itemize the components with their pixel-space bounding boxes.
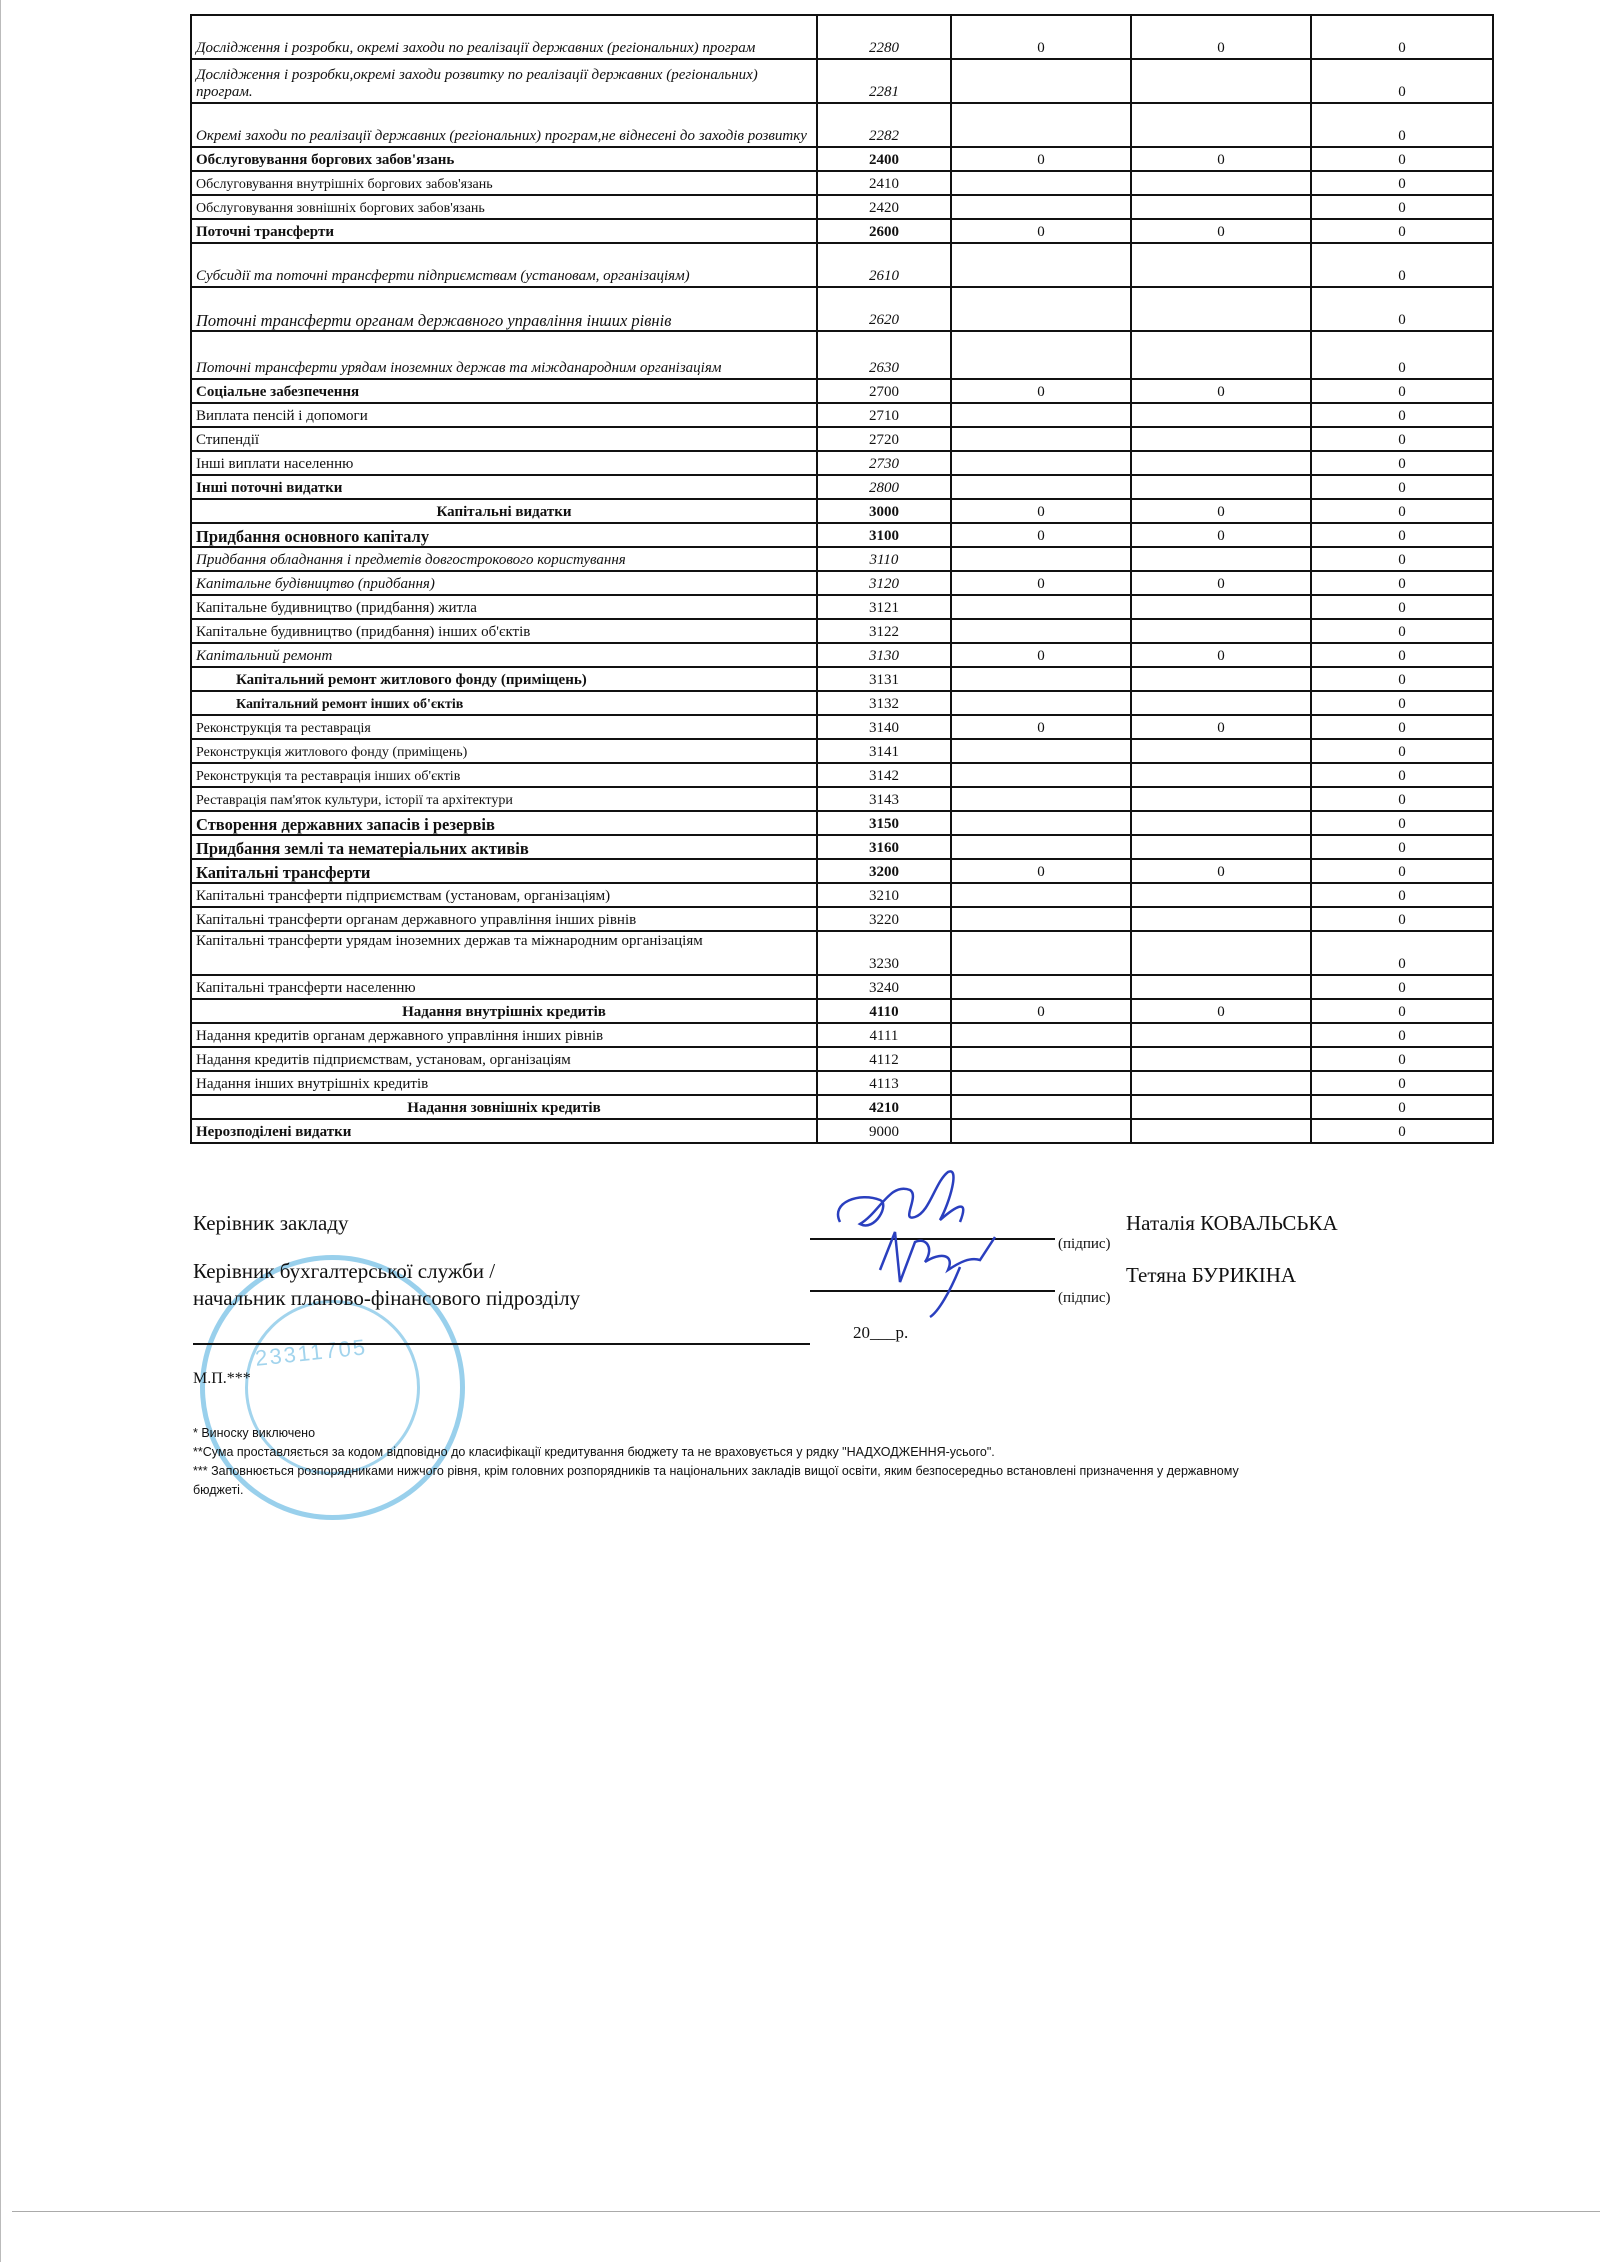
row-value-1: 0 bbox=[951, 15, 1131, 59]
table-row: Інші виплати населенню27300 bbox=[191, 451, 1493, 475]
accountant-label-line2: начальник планово-фінансового підрозділу bbox=[193, 1285, 580, 1311]
date-field: 20___р. bbox=[853, 1323, 908, 1343]
row-value-1 bbox=[951, 331, 1131, 379]
row-value-1 bbox=[951, 451, 1131, 475]
row-code: 2730 bbox=[817, 451, 951, 475]
row-code: 3141 bbox=[817, 739, 951, 763]
row-value-3: 0 bbox=[1311, 547, 1493, 571]
row-code: 3230 bbox=[817, 931, 951, 975]
table-row: Капітальні трансферти органам державного… bbox=[191, 907, 1493, 931]
row-code: 2610 bbox=[817, 243, 951, 287]
row-value-2 bbox=[1131, 835, 1311, 859]
row-value-1 bbox=[951, 171, 1131, 195]
table-row: Дослідження і розробки,окремі заходи роз… bbox=[191, 59, 1493, 103]
row-code: 2710 bbox=[817, 403, 951, 427]
row-value-2 bbox=[1131, 475, 1311, 499]
row-value-2 bbox=[1131, 787, 1311, 811]
table-row: Капітальні трансферти урядам іноземних д… bbox=[191, 931, 1493, 975]
row-name: Капітальний ремонт інших об'єктів bbox=[191, 691, 817, 715]
row-value-3: 0 bbox=[1311, 619, 1493, 643]
row-name: Обслуговування внутрішніх боргових забов… bbox=[191, 171, 817, 195]
stamp-center-text: 23311705 bbox=[254, 1334, 368, 1372]
row-value-3: 0 bbox=[1311, 475, 1493, 499]
row-name: Обслуговування зовнішніх боргових забов'… bbox=[191, 195, 817, 219]
footnote-2: **Сума проставляється за кодом відповідн… bbox=[193, 1443, 1493, 1462]
row-code: 3122 bbox=[817, 619, 951, 643]
row-name: Капітальне будивництво (придбання) житла bbox=[191, 595, 817, 619]
row-name: Виплата пенсій і допомоги bbox=[191, 403, 817, 427]
row-value-3: 0 bbox=[1311, 171, 1493, 195]
row-name: Капітальні трансферти підприємствам (уст… bbox=[191, 883, 817, 907]
row-name: Реконструкція та реставрація bbox=[191, 715, 817, 739]
row-code: 2282 bbox=[817, 103, 951, 147]
row-code: 3100 bbox=[817, 523, 951, 547]
row-value-3: 0 bbox=[1311, 1095, 1493, 1119]
table-row: Реконструкція та реставрація3140000 bbox=[191, 715, 1493, 739]
row-code: 3143 bbox=[817, 787, 951, 811]
row-name: Капітальний ремонт житлового фонду (прим… bbox=[191, 667, 817, 691]
row-value-1 bbox=[951, 811, 1131, 835]
row-value-1: 0 bbox=[951, 643, 1131, 667]
row-value-2 bbox=[1131, 1071, 1311, 1095]
table-row: Капітальні трансферти підприємствам (уст… bbox=[191, 883, 1493, 907]
row-value-2: 0 bbox=[1131, 523, 1311, 547]
row-value-1 bbox=[951, 427, 1131, 451]
head-signature-line bbox=[810, 1238, 1055, 1240]
row-value-3: 0 bbox=[1311, 147, 1493, 171]
row-value-2: 0 bbox=[1131, 219, 1311, 243]
row-value-2 bbox=[1131, 811, 1311, 835]
row-value-1 bbox=[951, 595, 1131, 619]
table-row: Капітальні трансферти3200000 bbox=[191, 859, 1493, 883]
row-value-2 bbox=[1131, 547, 1311, 571]
row-name: Нерозподілені видатки bbox=[191, 1119, 817, 1143]
row-code: 2800 bbox=[817, 475, 951, 499]
row-name: Надання внутрішніх кредитів bbox=[191, 999, 817, 1023]
table-row: Створення державних запасів і резервів31… bbox=[191, 811, 1493, 835]
row-value-1 bbox=[951, 667, 1131, 691]
seal-label: М.П.*** bbox=[193, 1370, 251, 1388]
row-value-2 bbox=[1131, 931, 1311, 975]
row-code: 2720 bbox=[817, 427, 951, 451]
row-value-2 bbox=[1131, 103, 1311, 147]
row-name: Капітальні видатки bbox=[191, 499, 817, 523]
table-row: Капітальний ремонт3130000 bbox=[191, 643, 1493, 667]
table-row: Капітальний ремонт житлового фонду (прим… bbox=[191, 667, 1493, 691]
row-value-3: 0 bbox=[1311, 243, 1493, 287]
row-value-3: 0 bbox=[1311, 499, 1493, 523]
row-value-1 bbox=[951, 1023, 1131, 1047]
table-row: Надання інших внутрішніх кредитів41130 bbox=[191, 1071, 1493, 1095]
row-name: Придбання землі та нематеріальних активі… bbox=[191, 835, 817, 859]
row-name: Капітальне будивництво (придбання) інших… bbox=[191, 619, 817, 643]
row-value-1: 0 bbox=[951, 147, 1131, 171]
footnote-3-continuation: бюджеті. bbox=[193, 1481, 1493, 1500]
row-value-3: 0 bbox=[1311, 1119, 1493, 1143]
row-code: 2420 bbox=[817, 195, 951, 219]
row-value-2 bbox=[1131, 1047, 1311, 1071]
row-name: Дослідження і розробки, окремі заходи по… bbox=[191, 15, 817, 59]
row-value-2 bbox=[1131, 667, 1311, 691]
row-name: Інші поточні видатки bbox=[191, 475, 817, 499]
row-value-3: 0 bbox=[1311, 811, 1493, 835]
row-code: 2620 bbox=[817, 287, 951, 331]
row-name: Соціальне забезпечення bbox=[191, 379, 817, 403]
row-value-1 bbox=[951, 243, 1131, 287]
row-value-1 bbox=[951, 403, 1131, 427]
row-value-3: 0 bbox=[1311, 427, 1493, 451]
table-row: Обслуговування зовнішніх боргових забов'… bbox=[191, 195, 1493, 219]
row-code: 3110 bbox=[817, 547, 951, 571]
row-value-2 bbox=[1131, 195, 1311, 219]
row-code: 2281 bbox=[817, 59, 951, 103]
row-name: Реставрація пам'яток культури, історії т… bbox=[191, 787, 817, 811]
table-row: Надання кредитів підприємствам, установа… bbox=[191, 1047, 1493, 1071]
footnote-1: * Виноску виключено bbox=[193, 1424, 1493, 1443]
row-value-1 bbox=[951, 287, 1131, 331]
row-value-1 bbox=[951, 619, 1131, 643]
row-value-2: 0 bbox=[1131, 15, 1311, 59]
row-value-2 bbox=[1131, 595, 1311, 619]
row-code: 3132 bbox=[817, 691, 951, 715]
table-row: Надання кредитів органам державного упра… bbox=[191, 1023, 1493, 1047]
row-code: 3121 bbox=[817, 595, 951, 619]
row-value-3: 0 bbox=[1311, 859, 1493, 883]
table-row: Капітальне будивництво (придбання) інших… bbox=[191, 619, 1493, 643]
table-row: Поточні трансферти урядам іноземних держ… bbox=[191, 331, 1493, 379]
row-value-1 bbox=[951, 691, 1131, 715]
row-value-1 bbox=[951, 103, 1131, 147]
row-value-1 bbox=[951, 195, 1131, 219]
table-row: Придбання землі та нематеріальних активі… bbox=[191, 835, 1493, 859]
row-value-2 bbox=[1131, 171, 1311, 195]
row-code: 4210 bbox=[817, 1095, 951, 1119]
row-value-3: 0 bbox=[1311, 15, 1493, 59]
row-code: 4110 bbox=[817, 999, 951, 1023]
row-value-3: 0 bbox=[1311, 59, 1493, 103]
row-name: Капітальне будівництво (придбання) bbox=[191, 571, 817, 595]
table-row: Окремі заходи по реалізації державних (р… bbox=[191, 103, 1493, 147]
table-row: Капітальні видатки3000000 bbox=[191, 499, 1493, 523]
row-value-1 bbox=[951, 975, 1131, 999]
table-row: Капітальні трансферти населенню32400 bbox=[191, 975, 1493, 999]
row-code: 9000 bbox=[817, 1119, 951, 1143]
row-value-3: 0 bbox=[1311, 103, 1493, 147]
row-value-1 bbox=[951, 763, 1131, 787]
row-value-2 bbox=[1131, 975, 1311, 999]
row-value-3: 0 bbox=[1311, 1071, 1493, 1095]
row-value-3: 0 bbox=[1311, 883, 1493, 907]
row-value-2 bbox=[1131, 763, 1311, 787]
footnotes: * Виноску виключено **Сума проставляєтьс… bbox=[193, 1424, 1493, 1500]
row-code: 3240 bbox=[817, 975, 951, 999]
row-value-3: 0 bbox=[1311, 667, 1493, 691]
accountant-label-line1: Керівник бухгалтерської служби / bbox=[193, 1258, 495, 1284]
row-code: 3210 bbox=[817, 883, 951, 907]
table-row: Соціальне забезпечення2700000 bbox=[191, 379, 1493, 403]
row-value-1 bbox=[951, 1095, 1131, 1119]
row-code: 2410 bbox=[817, 171, 951, 195]
table-row: Реконструкція житлового фонду (приміщень… bbox=[191, 739, 1493, 763]
accountant-name: Тетяна БУРИКІНА bbox=[1126, 1262, 1296, 1288]
row-value-3: 0 bbox=[1311, 931, 1493, 975]
row-value-3: 0 bbox=[1311, 595, 1493, 619]
row-value-1: 0 bbox=[951, 523, 1131, 547]
row-name: Надання кредитів підприємствам, установа… bbox=[191, 1047, 817, 1071]
row-name: Дослідження і розробки,окремі заходи роз… bbox=[191, 59, 817, 103]
page-edge bbox=[0, 0, 1, 2262]
row-name: Поточні трансферти урядам іноземних держ… bbox=[191, 331, 817, 379]
row-value-3: 0 bbox=[1311, 975, 1493, 999]
row-name: Реконструкція та реставрація інших об'єк… bbox=[191, 763, 817, 787]
row-name: Придбання обладнання і предметів довгост… bbox=[191, 547, 817, 571]
row-value-3: 0 bbox=[1311, 571, 1493, 595]
row-value-1 bbox=[951, 787, 1131, 811]
signature-icon bbox=[820, 1162, 1020, 1322]
row-value-1 bbox=[951, 739, 1131, 763]
row-value-3: 0 bbox=[1311, 835, 1493, 859]
row-value-3: 0 bbox=[1311, 403, 1493, 427]
row-value-1 bbox=[951, 883, 1131, 907]
row-value-2: 0 bbox=[1131, 643, 1311, 667]
row-name: Капітальні трансферти органам державного… bbox=[191, 907, 817, 931]
row-code: 3131 bbox=[817, 667, 951, 691]
row-value-3: 0 bbox=[1311, 691, 1493, 715]
row-value-3: 0 bbox=[1311, 715, 1493, 739]
department-line bbox=[193, 1343, 810, 1345]
row-value-1 bbox=[951, 475, 1131, 499]
row-name: Окремі заходи по реалізації державних (р… bbox=[191, 103, 817, 147]
table-row: Нерозподілені видатки90000 bbox=[191, 1119, 1493, 1143]
row-code: 2700 bbox=[817, 379, 951, 403]
row-code: 2400 bbox=[817, 147, 951, 171]
row-value-3: 0 bbox=[1311, 907, 1493, 931]
row-value-2 bbox=[1131, 1119, 1311, 1143]
row-name: Придбання основного капіталу bbox=[191, 523, 817, 547]
row-value-3: 0 bbox=[1311, 379, 1493, 403]
row-value-3: 0 bbox=[1311, 331, 1493, 379]
row-value-1 bbox=[951, 931, 1131, 975]
row-name: Обслуговування боргових забов'язань bbox=[191, 147, 817, 171]
row-value-2: 0 bbox=[1131, 379, 1311, 403]
row-value-1 bbox=[951, 1119, 1131, 1143]
row-value-1 bbox=[951, 835, 1131, 859]
row-value-3: 0 bbox=[1311, 523, 1493, 547]
row-value-2 bbox=[1131, 691, 1311, 715]
row-value-1: 0 bbox=[951, 715, 1131, 739]
accountant-signature-line bbox=[810, 1290, 1055, 1292]
table-row: Надання внутрішніх кредитів4110000 bbox=[191, 999, 1493, 1023]
row-name: Реконструкція житлового фонду (приміщень… bbox=[191, 739, 817, 763]
head-signature-caption: (підпис) bbox=[1058, 1236, 1111, 1253]
page-bottom-rule bbox=[12, 2211, 1600, 2212]
row-value-3: 0 bbox=[1311, 287, 1493, 331]
row-name: Поточні трансферти органам державного уп… bbox=[191, 287, 817, 331]
table-row: Придбання основного капіталу3100000 bbox=[191, 523, 1493, 547]
row-code: 3120 bbox=[817, 571, 951, 595]
row-code: 2600 bbox=[817, 219, 951, 243]
row-code: 3142 bbox=[817, 763, 951, 787]
row-value-2: 0 bbox=[1131, 571, 1311, 595]
row-value-3: 0 bbox=[1311, 195, 1493, 219]
row-value-1: 0 bbox=[951, 379, 1131, 403]
row-name: Поточні трансферти bbox=[191, 219, 817, 243]
row-value-2: 0 bbox=[1131, 499, 1311, 523]
table-row: Дослідження і розробки, окремі заходи по… bbox=[191, 15, 1493, 59]
row-value-1 bbox=[951, 1071, 1131, 1095]
row-value-2 bbox=[1131, 619, 1311, 643]
row-name: Надання інших внутрішніх кредитів bbox=[191, 1071, 817, 1095]
expenditure-table-body: Дослідження і розробки, окремі заходи по… bbox=[191, 15, 1493, 1143]
table-row: Реставрація пам'яток культури, історії т… bbox=[191, 787, 1493, 811]
table-row: Обслуговування боргових забов'язань24000… bbox=[191, 147, 1493, 171]
row-value-1 bbox=[951, 547, 1131, 571]
row-value-2 bbox=[1131, 907, 1311, 931]
row-name: Капітальний ремонт bbox=[191, 643, 817, 667]
row-value-2 bbox=[1131, 243, 1311, 287]
head-name: Наталія КОВАЛЬСЬКА bbox=[1126, 1210, 1338, 1236]
row-value-3: 0 bbox=[1311, 451, 1493, 475]
row-name: Капітальні трансферти bbox=[191, 859, 817, 883]
row-value-3: 0 bbox=[1311, 1047, 1493, 1071]
table-row: Поточні трансферти2600000 bbox=[191, 219, 1493, 243]
row-code: 3220 bbox=[817, 907, 951, 931]
expenditure-table: Дослідження і розробки, окремі заходи по… bbox=[190, 14, 1494, 1144]
row-value-1 bbox=[951, 907, 1131, 931]
row-value-2 bbox=[1131, 1023, 1311, 1047]
row-code: 3130 bbox=[817, 643, 951, 667]
table-row: Субсидії та поточні трансферти підприємс… bbox=[191, 243, 1493, 287]
table-row: Надання зовнішніх кредитів42100 bbox=[191, 1095, 1493, 1119]
table-row: Придбання обладнання і предметів довгост… bbox=[191, 547, 1493, 571]
row-value-2: 0 bbox=[1131, 147, 1311, 171]
row-code: 4113 bbox=[817, 1071, 951, 1095]
table-row: Капітальне будівництво (придбання)312000… bbox=[191, 571, 1493, 595]
row-value-2 bbox=[1131, 287, 1311, 331]
row-value-2 bbox=[1131, 403, 1311, 427]
row-value-2 bbox=[1131, 59, 1311, 103]
row-value-2 bbox=[1131, 883, 1311, 907]
row-name: Капітальні трансферти населенню bbox=[191, 975, 817, 999]
row-value-1 bbox=[951, 1047, 1131, 1071]
row-value-3: 0 bbox=[1311, 1023, 1493, 1047]
row-value-1: 0 bbox=[951, 571, 1131, 595]
row-value-3: 0 bbox=[1311, 763, 1493, 787]
row-name: Створення державних запасів і резервів bbox=[191, 811, 817, 835]
row-value-3: 0 bbox=[1311, 787, 1493, 811]
row-value-1: 0 bbox=[951, 859, 1131, 883]
row-name: Капітальні трансферти урядам іноземних д… bbox=[191, 931, 817, 975]
footnote-3: *** Заповнюється розпорядниками нижчого … bbox=[193, 1462, 1493, 1481]
row-value-3: 0 bbox=[1311, 739, 1493, 763]
row-value-1: 0 bbox=[951, 219, 1131, 243]
table-row: Поточні трансферти органам державного уп… bbox=[191, 287, 1493, 331]
row-code: 4111 bbox=[817, 1023, 951, 1047]
row-code: 2280 bbox=[817, 15, 951, 59]
table-row: Капітальне будивництво (придбання) житла… bbox=[191, 595, 1493, 619]
row-code: 2630 bbox=[817, 331, 951, 379]
row-value-1: 0 bbox=[951, 999, 1131, 1023]
table-row: Стипендії27200 bbox=[191, 427, 1493, 451]
row-value-1: 0 bbox=[951, 499, 1131, 523]
row-code: 3000 bbox=[817, 499, 951, 523]
row-value-3: 0 bbox=[1311, 999, 1493, 1023]
table-row: Капітальний ремонт інших об'єктів31320 bbox=[191, 691, 1493, 715]
row-code: 3160 bbox=[817, 835, 951, 859]
row-code: 4112 bbox=[817, 1047, 951, 1071]
table-row: Обслуговування внутрішніх боргових забов… bbox=[191, 171, 1493, 195]
row-name: Субсидії та поточні трансферти підприємс… bbox=[191, 243, 817, 287]
row-value-2 bbox=[1131, 739, 1311, 763]
row-value-2: 0 bbox=[1131, 999, 1311, 1023]
table-row: Реконструкція та реставрація інших об'єк… bbox=[191, 763, 1493, 787]
row-value-2: 0 bbox=[1131, 715, 1311, 739]
row-value-3: 0 bbox=[1311, 643, 1493, 667]
row-name: Інші виплати населенню bbox=[191, 451, 817, 475]
row-value-3: 0 bbox=[1311, 219, 1493, 243]
row-code: 3150 bbox=[817, 811, 951, 835]
row-name: Надання зовнішніх кредитів bbox=[191, 1095, 817, 1119]
row-name: Стипендії bbox=[191, 427, 817, 451]
table-row: Інші поточні видатки28000 bbox=[191, 475, 1493, 499]
row-value-2: 0 bbox=[1131, 859, 1311, 883]
row-code: 3140 bbox=[817, 715, 951, 739]
table-row: Виплата пенсій і допомоги27100 bbox=[191, 403, 1493, 427]
row-value-2 bbox=[1131, 331, 1311, 379]
row-value-2 bbox=[1131, 451, 1311, 475]
head-label: Керівник закладу bbox=[193, 1210, 349, 1236]
row-name: Надання кредитів органам державного упра… bbox=[191, 1023, 817, 1047]
row-value-2 bbox=[1131, 427, 1311, 451]
row-value-1 bbox=[951, 59, 1131, 103]
row-code: 3200 bbox=[817, 859, 951, 883]
accountant-signature-caption: (підпис) bbox=[1058, 1290, 1111, 1307]
row-value-2 bbox=[1131, 1095, 1311, 1119]
